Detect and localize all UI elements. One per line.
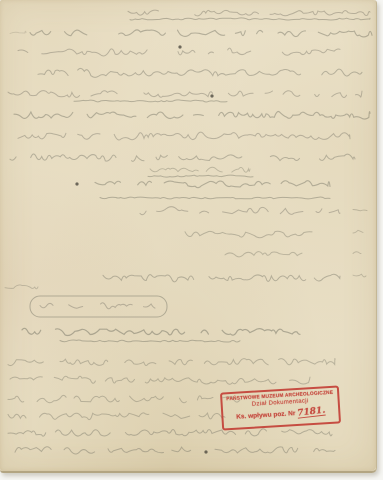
stamp-entry-label: Ks. wpływu poz. Nr: [236, 410, 296, 421]
scanned-document: PAŃSTWOWE MUZEUM ARCHEOLOGICZNE Dział Do…: [0, 0, 383, 480]
stamp-entry-number: 7181.: [297, 407, 326, 419]
paper-sheet: PAŃSTWOWE MUZEUM ARCHEOLOGICZNE Dział Do…: [0, 0, 377, 473]
archive-stamp: PAŃSTWOWE MUZEUM ARCHEOLOGICZNE Dział Do…: [220, 385, 341, 430]
